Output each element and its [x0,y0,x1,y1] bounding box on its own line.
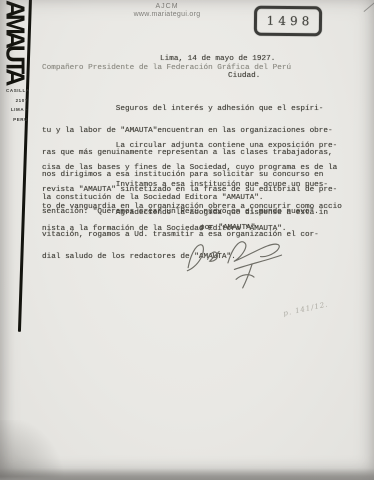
signature-jose-carlos [176,228,305,300]
letterhead-address: CASILLA 2107 LIMA - PERU [6,86,28,124]
signature-ink [176,228,305,295]
paragraph-line: Agradeciendo la acogida que dispense a e… [42,210,328,217]
address-line: LIMA - [6,105,28,115]
paragraph-line: Seguros del interés y adhesión que el es… [42,106,333,113]
date-line: Lima, 14 de mayo de 1927. [160,56,275,63]
address-line: 2107 [6,96,28,106]
amauta-letterhead: AMAUTA CASILLA 2107 LIMA - PERU [0,0,40,340]
page-corner-fold [364,1,374,12]
city-line: Ciudad. [228,73,260,80]
recipient-line: Compañero Presidente de la Federación Gr… [42,65,291,72]
address-line: CASILLA [6,86,28,96]
address-line: PERU [6,115,28,125]
paragraph-line: La circular adjunta contiene una exposic… [42,143,337,150]
scanned-letter-page: AJCM www.mariategui.org 1498 AMAUTA CASI… [0,0,374,480]
pencil-annotation: p. 141/12. [283,300,329,317]
amauta-logo: AMAUTA [0,0,30,80]
stamp-number: 1498 [263,14,314,29]
page-bottom-edge [0,468,374,480]
archive-number-stamp: 1498 [254,6,322,37]
paragraph-line: Invitamos a esa institución que ocupe un… [42,182,342,189]
